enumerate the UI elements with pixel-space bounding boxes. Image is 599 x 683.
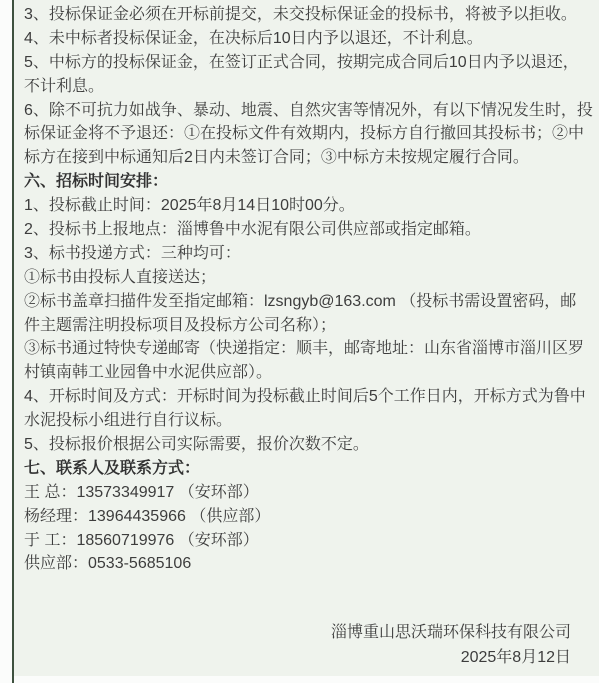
signature-date: 2025年8月12日 [331, 646, 571, 671]
doc-line: 4、未中标者投标保证金，在决标后10日内予以退还，不计利息。 [24, 27, 579, 51]
contact-line: 供应部：0533-5685106 [24, 552, 579, 576]
doc-line: ①标书由投标人直接送达； [24, 266, 579, 290]
doc-line: 3、投标保证金必须在开标前提交，未交投标保证金的投标书，将被予以拒收。 [24, 3, 579, 27]
doc-line: 2、投标书上报地点：淄博鲁中水泥有限公司供应部或指定邮箱。 [24, 218, 579, 242]
section-heading-contacts: 七、联系人及联系方式： [24, 457, 579, 481]
left-margin-rule [12, 0, 14, 683]
doc-line-email: ②标书盖章扫描件发至指定邮箱：lzsngyb@163.com （投标书需设置密码… [24, 290, 579, 314]
section-heading-schedule: 六、招标时间安排： [24, 170, 579, 194]
doc-line: 村镇南韩工业园鲁中水泥供应部）。 [24, 361, 579, 385]
signature-company: 淄博重山思沃瑞环保科技有限公司 [331, 621, 571, 646]
doc-line: 不计利息。 [24, 75, 579, 99]
document-body: 3、投标保证金必须在开标前提交，未交投标保证金的投标书，将被予以拒收。 4、未中… [24, 3, 579, 576]
doc-line: ③标书通过特快专递邮寄（快递指定：顺丰，邮寄地址：山东省淄博市淄川区罗 [24, 337, 579, 361]
doc-line: 3、标书投递方式：三种均可： [24, 242, 579, 266]
doc-line: 5、投标报价根据公司实际需要，报价次数不定。 [24, 433, 579, 457]
doc-line: 5、中标方的投标保证金，在签订正式合同，按期完成合同后10日内予以退还， [24, 51, 579, 75]
doc-line: 1、投标截止时间：2025年8月14日10时00分。 [24, 194, 579, 218]
doc-line: 6、除不可抗力如战争、暴动、地震、自然灾害等情况外，有以下情况发生时，投 [24, 99, 579, 123]
doc-line: 4、开标时间及方式：开标时间为投标截止时间后5个工作日内，开标方式为鲁中 [24, 385, 579, 409]
signature-block: 淄博重山思沃瑞环保科技有限公司 2025年8月12日 [331, 621, 571, 670]
doc-line: 标保证金将不予退还：①在投标文件有效期内，投标方自行撤回其投标书；②中 [24, 122, 579, 146]
contact-line: 王 总：13573349917 （安环部） [24, 481, 579, 505]
doc-line: 水泥投标小组进行自行议标。 [24, 409, 579, 433]
doc-line: 标方在接到中标通知后2日内未签订合同；③中标方未按规定履行合同。 [24, 146, 579, 170]
contact-line: 杨经理：13964435966 （供应部） [24, 505, 579, 529]
contact-line: 于 工：18560719976 （安环部） [24, 529, 579, 553]
doc-line: 件主题需注明投标项目及投标方公司名称）； [24, 314, 579, 338]
